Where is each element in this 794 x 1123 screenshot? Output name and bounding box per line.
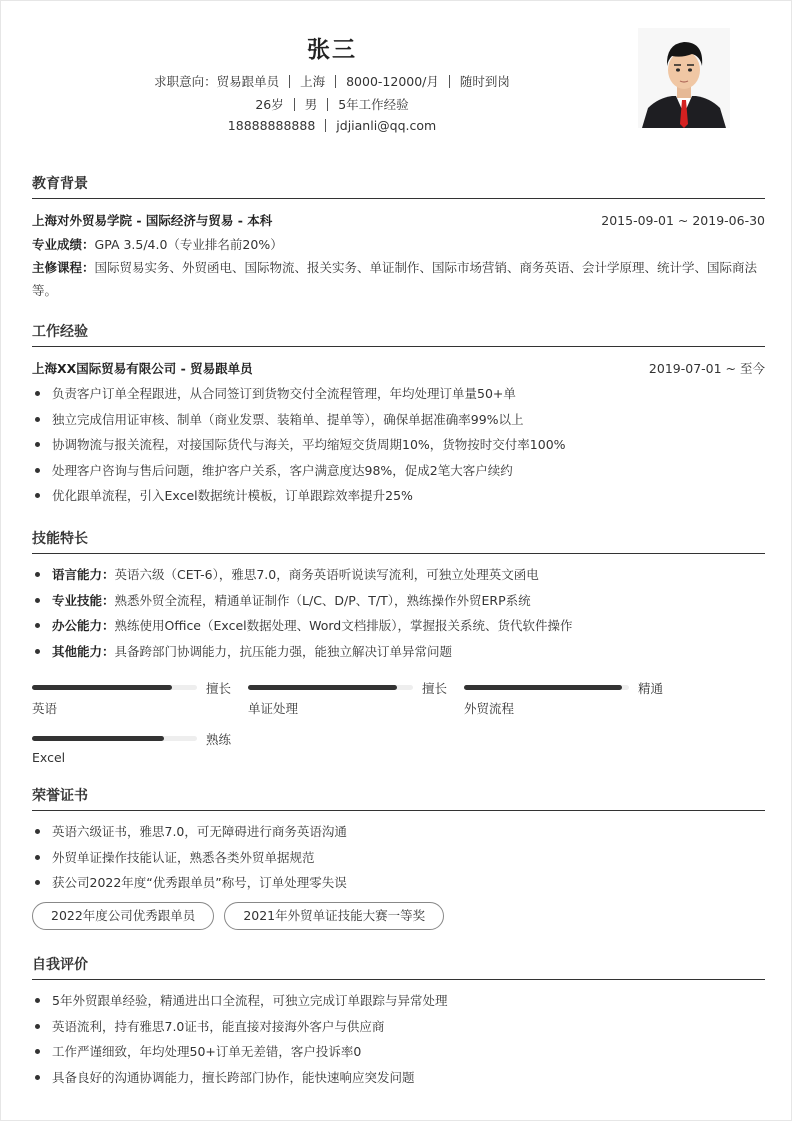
skill-name: Excel	[32, 750, 65, 765]
list-item: 英语流利，持有雅思7.0证书，能直接对接海外客户与供应商	[32, 1014, 765, 1040]
personal-info-line: 26岁男5年工作经验	[1, 95, 663, 113]
divider	[289, 75, 290, 88]
list-item: 协调物流与报关流程，对接国际货代与海关，平均缩短交货周期10%，货物按时交付率1…	[32, 432, 765, 458]
email: jdjianli@qq.com	[336, 118, 436, 133]
list-item: 办公能力：熟练使用Office（Excel数据处理、Word文档排版），掌握报关…	[32, 613, 765, 639]
experience-years: 5年工作经验	[338, 97, 408, 112]
experience-bullets: 负责客户订单全程跟进，从合同签订到货物交付全流程管理，年均处理订单量50+单 独…	[32, 381, 765, 509]
skill-text: 熟悉外贸全流程，精通单证制作（L/C、D/P、T/T），熟练操作外贸ERP系统	[115, 593, 531, 608]
school-degree: 上海对外贸易学院 - 国际经济与贸易 - 本科	[32, 209, 272, 233]
skill-label: 办公能力：	[52, 618, 115, 633]
list-item: 其他能力：具备跨部门协调能力，抗压能力强，能独立解决订单异常问题	[32, 639, 765, 665]
skill-level: 熟练	[206, 730, 231, 748]
divider	[325, 119, 326, 132]
gpa-line: 专业成绩：GPA 3.5/4.0（专业排名前20%）	[32, 233, 765, 256]
company-position: 上海XX国际贸易有限公司 - 贸易跟单员	[32, 357, 253, 381]
section-title: 自我评价	[32, 955, 765, 980]
section-skills: 技能特长 语言能力：英语六级（CET-6），雅思7.0，商务英语听说读写流利，可…	[32, 529, 765, 664]
self-eval-bullets: 5年外贸跟单经验，精通进出口全流程，可独立完成订单跟踪与异常处理 英语流利，持有…	[32, 988, 765, 1090]
availability: 随时到岗	[460, 74, 510, 89]
skills-bullets: 语言能力：英语六级（CET-6），雅思7.0，商务英语听说读写流利，可独立处理英…	[32, 562, 765, 664]
age: 26岁	[255, 97, 283, 112]
phone: 18888888888	[228, 118, 315, 133]
list-item: 具备良好的沟通协调能力，擅长跨部门协作，能快速响应突发问题	[32, 1065, 765, 1091]
section-self-evaluation: 自我评价 5年外贸跟单经验，精通进出口全流程，可独立完成订单跟踪与异常处理 英语…	[32, 955, 765, 1090]
list-item: 专业技能：熟悉外贸全流程，精通单证制作（L/C、D/P、T/T），熟练操作外贸E…	[32, 588, 765, 614]
skill-text: 熟练使用Office（Excel数据处理、Word文档排版），掌握报关系统、货代…	[115, 618, 573, 633]
list-item: 独立完成信用证审核、制单（商业发票、装箱单、提单等），确保单据准确率99%以上	[32, 407, 765, 433]
list-item: 外贸单证操作技能认证，熟悉各类外贸单据规范	[32, 845, 765, 871]
section-title: 荣誉证书	[32, 786, 765, 811]
progress-fill	[32, 685, 172, 690]
list-item: 负责客户订单全程跟进，从合同签订到货物交付全流程管理，年均处理订单量50+单	[32, 381, 765, 407]
list-item: 工作严谨细致，年均处理50+订单无差错，客户投诉率0	[32, 1039, 765, 1065]
list-item: 获公司2022年度“优秀跟单员”称号，订单处理零失误	[32, 870, 765, 896]
experience-entry: 上海XX国际贸易有限公司 - 贸易跟单员 2019-07-01 ~ 至今	[32, 357, 765, 381]
list-item: 语言能力：英语六级（CET-6），雅思7.0，商务英语听说读写流利，可独立处理英…	[32, 562, 765, 588]
skill-bars: 擅长 英语 擅长 单证处理 精通 外贸流程 熟练 Excel	[32, 677, 765, 767]
honor-tag: 2021年外贸单证技能大赛一等奖	[224, 902, 444, 930]
section-title: 教育背景	[32, 174, 765, 199]
education-entry: 上海对外贸易学院 - 国际经济与贸易 - 本科 2015-09-01 ~ 201…	[32, 209, 765, 233]
job-intent-line: 求职意向：贸易跟单员上海8000-12000/月随时到岗	[1, 72, 663, 90]
divider	[294, 98, 295, 111]
honors-bullets: 英语六级证书，雅思7.0，可无障碍进行商务英语沟通 外贸单证操作技能认证，熟悉各…	[32, 819, 765, 896]
progress-fill	[248, 685, 397, 690]
section-experience: 工作经验 上海XX国际贸易有限公司 - 贸易跟单员 2019-07-01 ~ 至…	[32, 322, 765, 509]
progress-track	[464, 685, 629, 690]
skill-level: 擅长	[206, 679, 231, 697]
skill-text: 具备跨部门协调能力，抗压能力强，能独立解决订单异常问题	[115, 644, 453, 659]
list-item: 英语六级证书，雅思7.0，可无障碍进行商务英语沟通	[32, 819, 765, 845]
section-title: 技能特长	[32, 529, 765, 554]
progress-track	[248, 685, 413, 690]
section-education: 教育背景 上海对外贸易学院 - 国际经济与贸易 - 本科 2015-09-01 …	[32, 174, 765, 302]
progress-fill	[32, 736, 164, 741]
skill-bar-trade-process: 精通 外贸流程	[464, 681, 669, 721]
courses-line: 主修课程：国际贸易实务、外贸函电、国际物流、报关实务、单证制作、国际市场营销、商…	[32, 256, 765, 302]
progress-track	[32, 736, 197, 741]
courses-value: 国际贸易实务、外贸函电、国际物流、报关实务、单证制作、国际市场营销、商务英语、会…	[32, 260, 757, 298]
skill-bar-english: 擅长 英语	[32, 681, 237, 721]
avatar-photo	[638, 28, 730, 128]
honor-tags: 2022年度公司优秀跟单员 2021年外贸单证技能大赛一等奖	[32, 902, 765, 930]
resume-page: 张三 求职意向：贸易跟单员上海8000-12000/月随时到岗 26岁男5年工作…	[0, 0, 792, 1121]
divider	[327, 98, 328, 111]
job-intent: 求职意向：贸易跟单员	[154, 74, 279, 89]
list-item: 优化跟单流程，引入Excel数据统计模板，订单跟踪效率提升25%	[32, 483, 765, 509]
honor-tag: 2022年度公司优秀跟单员	[32, 902, 214, 930]
education-date: 2015-09-01 ~ 2019-06-30	[601, 209, 765, 233]
progress-fill	[464, 685, 622, 690]
salary: 8000-12000/月	[346, 74, 439, 89]
gpa-value: GPA 3.5/4.0（专业排名前20%）	[95, 237, 283, 252]
avatar-illustration-icon	[638, 28, 730, 128]
gender: 男	[305, 97, 318, 112]
divider	[335, 75, 336, 88]
skill-text: 英语六级（CET-6），雅思7.0，商务英语听说读写流利，可独立处理英文函电	[115, 567, 539, 582]
gpa-label: 专业成绩：	[32, 237, 95, 252]
skill-label: 语言能力：	[52, 567, 115, 582]
skill-name: 单证处理	[248, 699, 298, 717]
skill-level: 精通	[638, 679, 663, 697]
section-title: 工作经验	[32, 322, 765, 347]
divider	[449, 75, 450, 88]
skill-label: 其他能力：	[52, 644, 115, 659]
skill-name: 英语	[32, 699, 57, 717]
resume-header: 张三 求职意向：贸易跟单员上海8000-12000/月随时到岗 26岁男5年工作…	[1, 1, 794, 151]
skill-bar-excel: 熟练 Excel	[32, 732, 237, 772]
skill-level: 擅长	[422, 679, 447, 697]
experience-date: 2019-07-01 ~ 至今	[649, 357, 765, 381]
location: 上海	[300, 74, 325, 89]
courses-label: 主修课程：	[32, 260, 95, 275]
skill-name: 外贸流程	[464, 699, 514, 717]
skill-label: 专业技能：	[52, 593, 115, 608]
skill-bar-documents: 擅长 单证处理	[248, 681, 453, 721]
list-item: 5年外贸跟单经验，精通进出口全流程，可独立完成订单跟踪与异常处理	[32, 988, 765, 1014]
candidate-name: 张三	[1, 31, 663, 64]
section-honors: 荣誉证书 英语六级证书，雅思7.0，可无障碍进行商务英语沟通 外贸单证操作技能认…	[32, 786, 765, 930]
list-item: 处理客户咨询与售后问题，维护客户关系，客户满意度达98%，促成2笔大客户续约	[32, 458, 765, 484]
progress-track	[32, 685, 197, 690]
contact-line: 18888888888jdjianli@qq.com	[1, 118, 663, 133]
